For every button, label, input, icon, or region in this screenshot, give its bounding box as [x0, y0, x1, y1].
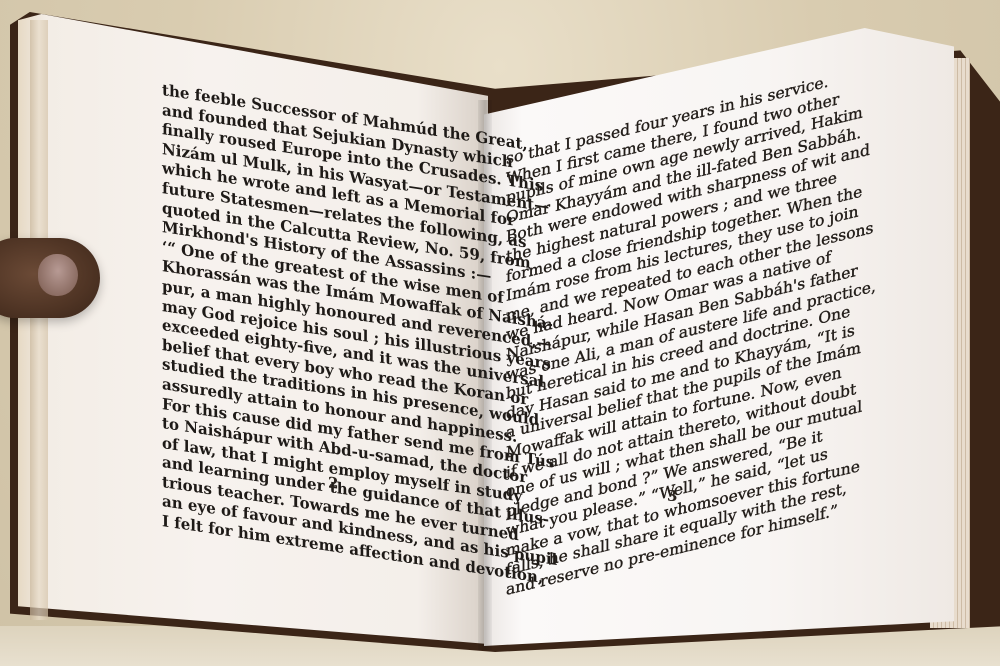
- left-page-gutter-edge: [30, 20, 48, 620]
- holding-thumb: [0, 238, 100, 318]
- right-page-text: so that I passed four years in his servi…: [506, 61, 876, 600]
- left-page-text: the feeble Successor of Mahmúd the Great…: [162, 80, 557, 590]
- page-number-right: 3: [667, 487, 677, 505]
- thumbnail: [38, 254, 78, 296]
- page-number-left: 2: [328, 473, 338, 492]
